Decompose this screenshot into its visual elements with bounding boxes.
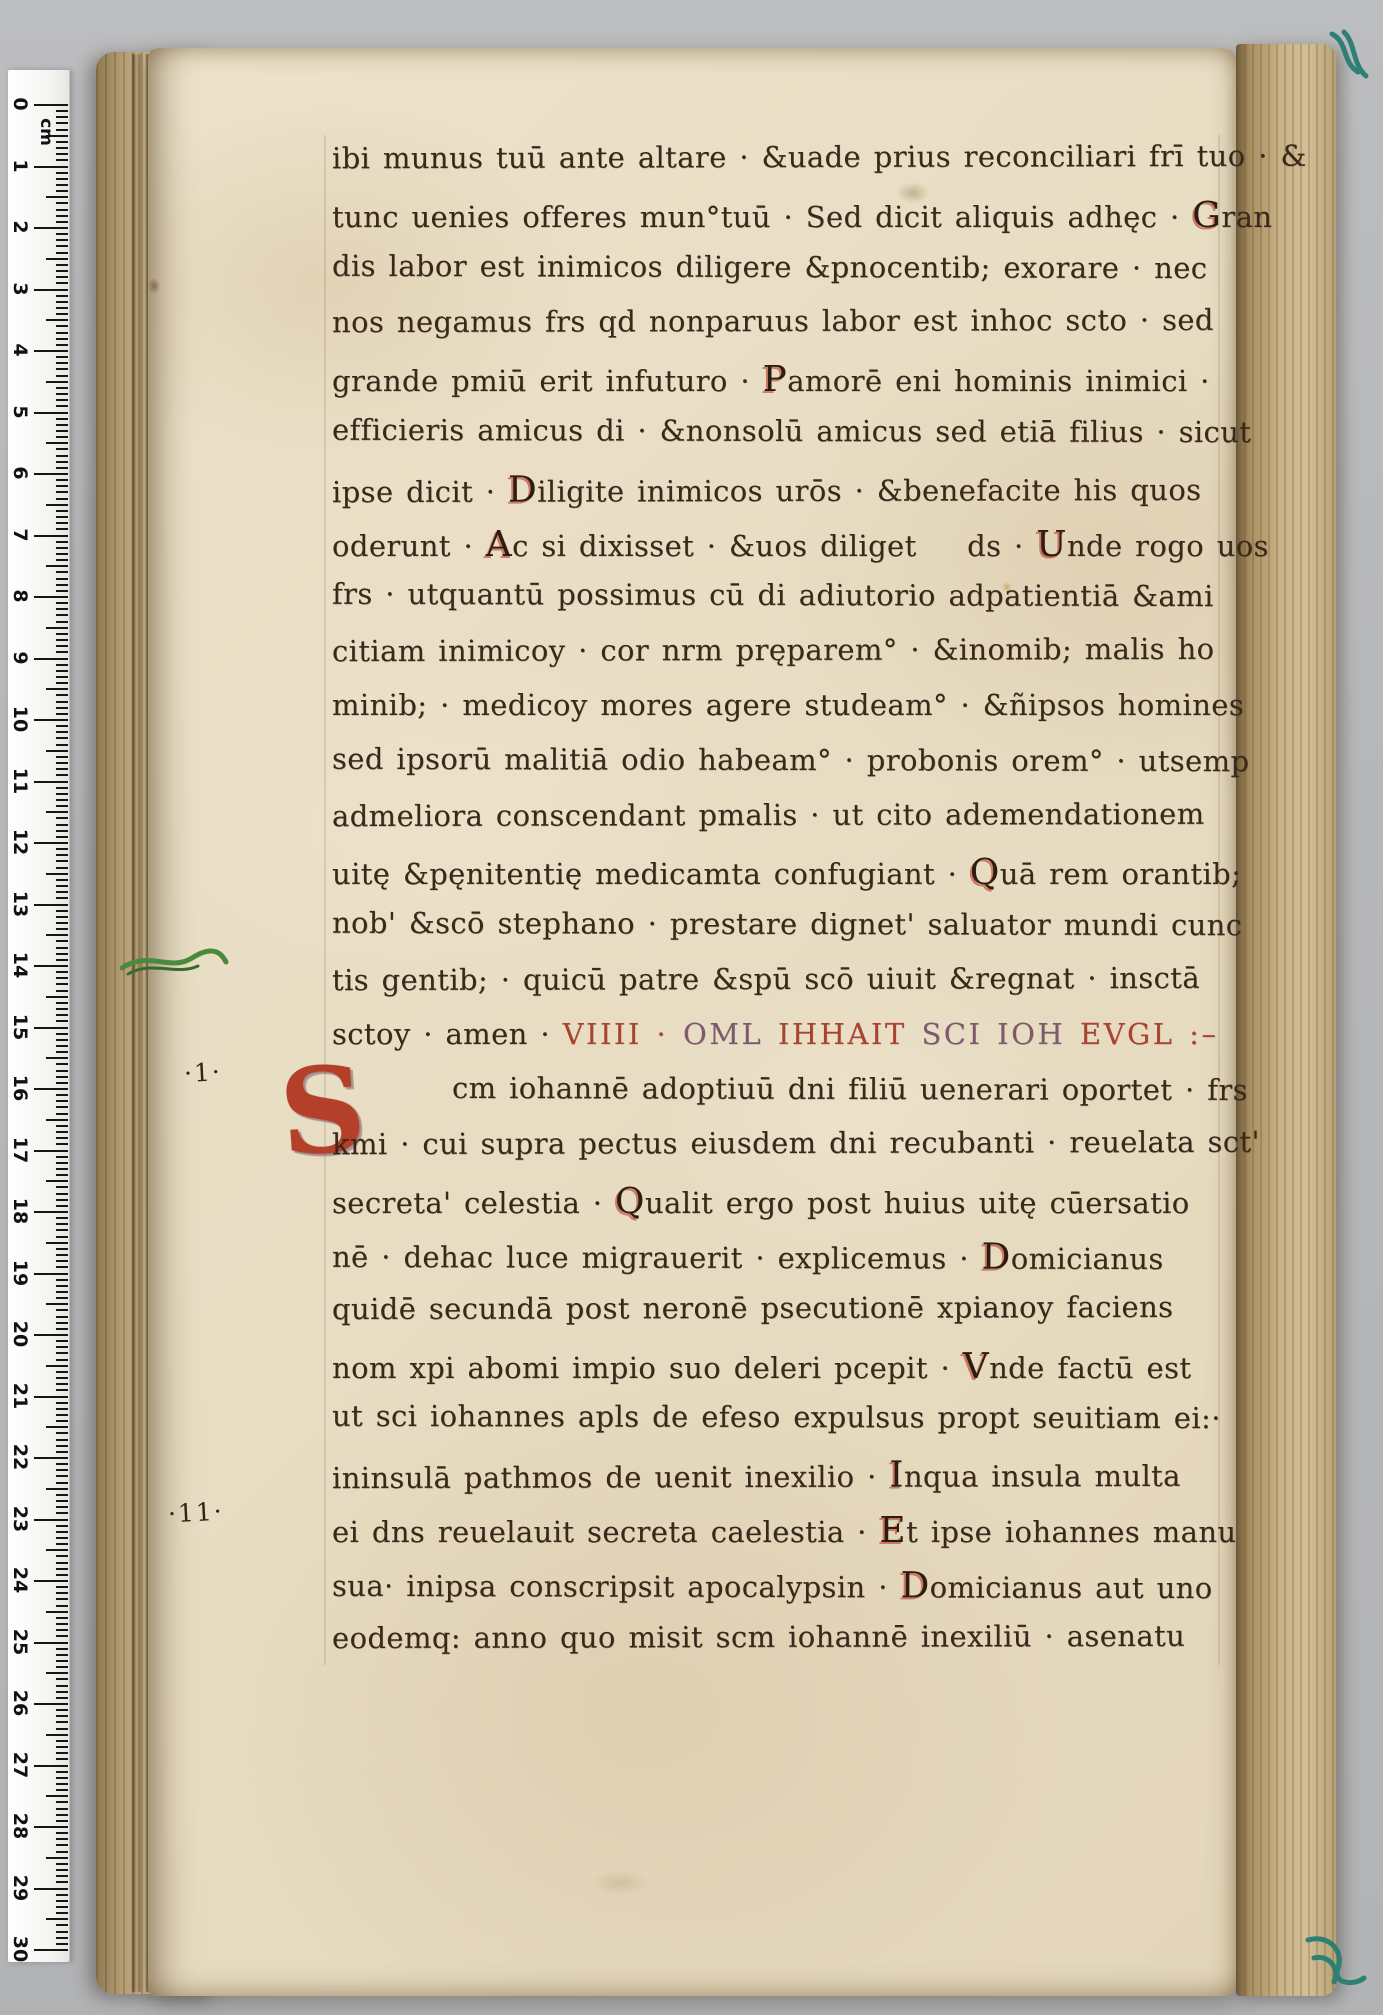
text-segment: citiam inimicoy · cor nrm pręparem° · &i… (332, 632, 1215, 668)
text-segment: ibi munus tuū ante altare · &uade prius … (332, 139, 1307, 176)
text-segment: ipse dicit · (332, 474, 508, 508)
manuscript-line: eodemq: anno quo misit scm iohannē inexi… (332, 1618, 1185, 1654)
manuscript-line: minib; · medicoy mores agere studeam° · … (332, 688, 1244, 722)
versal-capital: I (889, 1455, 904, 1496)
versal-capital: Q (615, 1181, 645, 1222)
text-segment: frs · utquantū possimus cū di adiutorio … (332, 577, 1214, 613)
versal-capital: P (763, 359, 788, 400)
rubric-segment: IHHAIT (778, 1017, 922, 1051)
manuscript-line: cm iohannē adoptiuū dni filiū uenerari o… (452, 1071, 1248, 1107)
text-segment: nē · dehac luce migrauerit · explicemus … (332, 1240, 982, 1276)
text-segment: eodemq: anno quo misit scm iohannē inexi… (332, 1618, 1185, 1654)
manuscript-line: ibi munus tuū ante altare · &uade prius … (332, 139, 1307, 176)
text-segment: t ipse iohannes manu (906, 1515, 1236, 1549)
manuscript-line: tunc uenies offeres mun°tuū · Sed dicit … (332, 195, 1272, 236)
manuscript-line: frs · utquantū possimus cū di adiutorio … (332, 577, 1214, 613)
text-segment: tunc uenies offeres mun°tuū · Sed dicit … (332, 200, 1192, 234)
manuscript-line: sed ipsorū malitiā odio habeam° · probon… (332, 742, 1250, 778)
manuscript-line: sua· inipsa conscripsit apocalypsin · Do… (332, 1564, 1213, 1607)
text-segment: nqua insula multa (904, 1459, 1181, 1494)
manuscript-line: nē · dehac luce migrauerit · explicemus … (332, 1235, 1164, 1278)
text-segment: nde factū est (989, 1351, 1191, 1385)
manuscript-line: sctoy · amen · VIIII · OML IHHAIT SCI IO… (332, 1017, 1218, 1051)
text-segment: uitę &pęnitentię medicamta confugiant · (332, 857, 970, 891)
text-segment: admeliora conscendant pmalis · ut cito a… (332, 796, 1205, 832)
text-segment: secreta' celestia · (332, 1186, 615, 1220)
text-segment: nos negamus frs qd nonparuus labor est i… (332, 303, 1214, 339)
versal-capital: G (1192, 195, 1221, 236)
rubric-segment: VIIII · (563, 1017, 683, 1051)
manuscript-line: nos negamus frs qd nonparuus labor est i… (332, 303, 1214, 339)
versal-capital: D (900, 1565, 929, 1606)
versal-capital: Q (970, 852, 1000, 893)
manuscript-line: efficieris amicus di · &nonsolū amicus s… (332, 413, 1251, 449)
manuscript-line: tis gentib; · quicū patre &spū scō uiuit… (332, 961, 1200, 997)
manuscript-line: uitę &pęnitentię medicamta confugiant · … (332, 852, 1241, 893)
manuscript-line: quidē secundā post neronē psecutionē xpi… (332, 1290, 1174, 1326)
text-segment: efficieris amicus di · &nonsolū amicus s… (332, 413, 1251, 449)
text-segment: ininsulā pathmos de uenit inexilio · (332, 1460, 889, 1495)
manuscript-line: admeliora conscendant pmalis · ut cito a… (332, 796, 1205, 832)
manuscript-line: ininsulā pathmos de uenit inexilio · Inq… (332, 1454, 1181, 1497)
rubric-segment: IOH (997, 1017, 1080, 1051)
manuscript-line: nob' &scō stephano · prestare dignet' sa… (332, 906, 1243, 942)
text-segment: nde rogo uos (1067, 529, 1269, 563)
text-segment: sua· inipsa conscripsit apocalypsin · (332, 1569, 901, 1604)
manuscript-line: nom xpi abomi impio suo deleri pcepit · … (332, 1346, 1191, 1387)
text-segment: tis gentib; · quicū patre &spū scō uiuit… (332, 961, 1200, 997)
text-segment: omicianus (1011, 1242, 1164, 1276)
text-segment: grande pmiū erit infuturo · (332, 364, 763, 398)
text-segment: c si dixisset · &uos diliget ds · (512, 529, 1036, 563)
text-segment: nob' &scō stephano · prestare dignet' sa… (332, 906, 1243, 942)
text-segment: dis labor est inimicos diligere &pnocent… (332, 248, 1208, 284)
text-segment: oderunt · (332, 529, 486, 563)
text-segment: minib; · medicoy mores agere studeam° · … (332, 688, 1244, 722)
text-segment: iligite inimicos urōs · &benefacite his … (537, 473, 1201, 509)
manuscript-line: dis labor est inimicos diligere &pnocent… (332, 248, 1208, 284)
manuscript-line: ut sci iohannes apls de efeso expulsus p… (332, 1399, 1221, 1435)
text-segment: ran (1221, 200, 1272, 234)
versal-capital: U (1036, 524, 1067, 565)
manuscript-line: citiam inimicoy · cor nrm pręparem° · &i… (332, 632, 1215, 668)
versal-capital: D (508, 469, 537, 510)
rubric-segment: EVGL :– (1080, 1017, 1219, 1051)
text-segment: amorē eni hominis inimici · (787, 364, 1210, 398)
text-segment: cm iohannē adoptiuū dni filiū uenerari o… (452, 1071, 1248, 1107)
text-segment: sed ipsorū malitiā odio habeam° · probon… (332, 742, 1250, 778)
versal-capital: E (879, 1510, 906, 1551)
photo-stage: 0123456789101112131415161718192021222324… (0, 0, 1383, 2015)
manuscript-line: kmi · cui supra pectus eiusdem dni recub… (332, 1125, 1260, 1161)
manuscript-line: ei dns reuelauit secreta caelestia · Et … (332, 1510, 1237, 1551)
versal-capital: D (981, 1237, 1010, 1278)
manuscript-line: ipse dicit · Diligite inimicos urōs · &b… (332, 468, 1202, 511)
versal-capital: V (963, 1346, 989, 1387)
manuscript-line: oderunt · Ac si dixisset · &uos diliget … (332, 524, 1269, 565)
text-segment: kmi · cui supra pectus eiusdem dni recub… (332, 1125, 1260, 1161)
rubric-segment: OML (683, 1017, 778, 1051)
versal-capital: A (486, 524, 512, 565)
text-segment: quidē secundā post neronē psecutionē xpi… (332, 1290, 1174, 1326)
text-segment: omicianus aut uno (930, 1570, 1213, 1605)
text-segment: sctoy · amen · (332, 1017, 563, 1051)
rubric-segment: SCI (921, 1017, 997, 1051)
manuscript-line: grande pmiū erit infuturo · Pamorē eni h… (332, 359, 1210, 400)
text-segment: ei dns reuelauit secreta caelestia · (332, 1515, 879, 1549)
text-block: ibi munus tuū ante altare · &uade prius … (0, 0, 1383, 2015)
text-segment: ut sci iohannes apls de efeso expulsus p… (332, 1399, 1221, 1435)
text-segment: nom xpi abomi impio suo deleri pcepit · (332, 1351, 963, 1385)
text-segment: ualit ergo post huius uitę cūersatio (645, 1186, 1190, 1220)
manuscript-line: secreta' celestia · Qualit ergo post hui… (332, 1181, 1190, 1222)
text-segment: uā rem orantib; (1000, 857, 1241, 891)
